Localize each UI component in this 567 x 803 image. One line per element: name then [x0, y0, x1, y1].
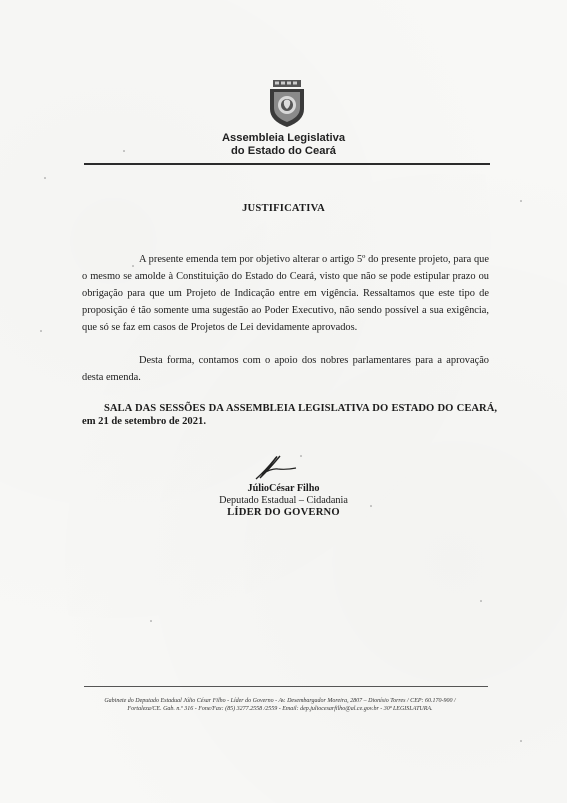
handwritten-signature-icon [252, 452, 302, 482]
institution-name-line1: Assembleia Legislativa [0, 132, 567, 144]
justification-paragraph-2: Desta forma, contamos com o apoio dos no… [82, 352, 489, 386]
scan-speck [520, 200, 522, 202]
scan-speck [44, 177, 46, 179]
header-divider [84, 163, 490, 165]
scan-speck [150, 620, 152, 622]
signatory-role: Deputado Estadual – Cidadania [0, 495, 567, 508]
scan-speck [123, 150, 125, 152]
scan-speck [520, 740, 522, 742]
scan-speck [480, 600, 482, 602]
ceara-coat-of-arms-icon [264, 79, 310, 129]
justification-paragraph-1: A presente emenda tem por objetivo alter… [82, 251, 489, 336]
scan-speck [300, 455, 302, 457]
institution-name-line2: do Estado do Ceará [0, 145, 567, 157]
document-page: Assembleia Legislativa do Estado do Cear… [0, 0, 567, 803]
scan-speck [370, 505, 372, 507]
document-title: JUSTIFICATIVA [0, 203, 567, 214]
footer-address-line2: Fortaleza/CE. Gab. n.º 316 - Fone/Fax: (… [60, 705, 500, 714]
signatory-name: JúlioCésar Filho [0, 483, 567, 496]
footer-divider [84, 686, 488, 687]
scan-speck [132, 265, 134, 267]
closing-statement: SALA DAS SESSÕES DA ASSEMBLEIA LEGISLATI… [82, 402, 497, 428]
scan-speck [40, 330, 42, 332]
signatory-title: LÍDER DO GOVERNO [0, 507, 567, 520]
